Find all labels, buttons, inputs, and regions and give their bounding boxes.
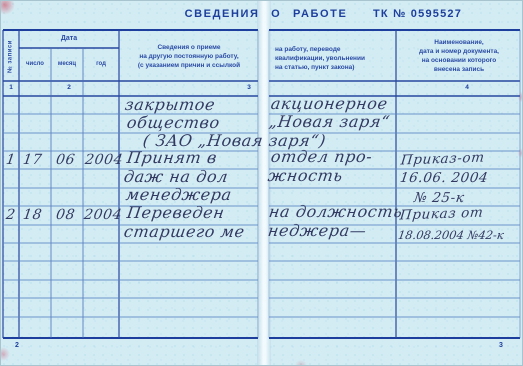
hw-rec2-month: 08 bbox=[55, 207, 76, 223]
hw-rec2-details-l2-left: старшего ме bbox=[123, 224, 246, 240]
hw-rec1-details-l1-right: отдел про- bbox=[270, 149, 374, 165]
column-header-basis: Наименование, дата и номер документа, на… bbox=[398, 38, 520, 74]
page-number-right: 3 bbox=[499, 342, 503, 349]
hw-rec1-basis-l2: 16.06. 2004 bbox=[399, 170, 489, 186]
details-right-line1: на работу, переводе bbox=[275, 45, 397, 54]
hw-rec1-basis-l3: № 25-к bbox=[413, 190, 466, 206]
page-number-left: 2 bbox=[15, 342, 19, 349]
hw-rec2-basis-l1: Приказ от bbox=[399, 205, 484, 224]
column-header-day: число bbox=[19, 60, 51, 69]
hw-rec2-no: 2 bbox=[5, 207, 17, 223]
page-title: СВЕДЕНИЯ О РАБОТЕ bbox=[171, 8, 361, 20]
workbook-spread: СВЕДЕНИЯ О РАБОТЕ ТК № 0595527 № записи … bbox=[0, 0, 523, 366]
details-left-line1: Сведения о приеме bbox=[121, 43, 257, 52]
basis-line3: на основании которого bbox=[398, 56, 520, 65]
hw-rec1-details-l2-right: жность bbox=[267, 168, 344, 184]
hw-org-line1-left: закрытое bbox=[124, 97, 216, 113]
hw-rec2-day: 18 bbox=[22, 207, 43, 223]
hw-rec1-month: 06 bbox=[55, 152, 76, 168]
hw-org-line2-left: общество bbox=[126, 115, 221, 131]
column-number-3: 3 bbox=[241, 84, 257, 91]
column-number-4: 4 bbox=[459, 84, 475, 91]
column-header-details-right: на работу, переводе квалификации, увольн… bbox=[271, 45, 397, 72]
hw-rec1-details-l1-left: Принят в bbox=[126, 150, 218, 166]
column-number-2: 2 bbox=[19, 84, 119, 91]
basis-line1: Наименование, bbox=[398, 38, 520, 47]
hw-rec2-details-l1-right: на должность bbox=[268, 204, 404, 220]
hw-rec2-details-l2-right: неджера— bbox=[267, 223, 368, 239]
details-right-line3: на статью, пункт закона) bbox=[275, 63, 397, 72]
hw-rec1-details-l3: менеджера bbox=[125, 187, 233, 203]
hw-rec2-year: 2004 bbox=[83, 207, 123, 223]
hw-rec1-day: 17 bbox=[22, 152, 43, 168]
hw-rec2-details-l1-left: Переведен bbox=[126, 205, 226, 221]
hw-rec1-basis-l1: Приказ-от bbox=[400, 150, 486, 169]
column-header-record-no: № записи bbox=[7, 38, 16, 76]
details-left-line3: (с указанием причин и ссылкой bbox=[121, 61, 257, 70]
column-header-details-left: Сведения о приеме на другую постоянную р… bbox=[121, 43, 257, 70]
hw-rec1-details-l2-left: даж на дол bbox=[123, 169, 229, 185]
column-header-month: месяц bbox=[51, 60, 83, 69]
column-number-1: 1 bbox=[3, 84, 19, 91]
details-right-line2: квалификации, увольнении bbox=[275, 54, 397, 63]
hw-org-line1-right: акционерное bbox=[270, 96, 389, 112]
basis-line2: дата и номер документа, bbox=[398, 47, 520, 56]
hw-org-line2-right: „Новая заря“ bbox=[268, 114, 391, 130]
hw-rec1-year: 2004 bbox=[84, 152, 124, 168]
document-series-number: ТК № 0595527 bbox=[373, 8, 481, 20]
hw-rec2-basis-l2: 18.08.2004 №42-к bbox=[397, 227, 505, 243]
details-left-line2: на другую постоянную работу, bbox=[121, 52, 257, 61]
column-header-year: год bbox=[83, 60, 119, 69]
basis-line4: внесена запись bbox=[398, 65, 520, 74]
column-header-date: Дата bbox=[19, 34, 119, 43]
